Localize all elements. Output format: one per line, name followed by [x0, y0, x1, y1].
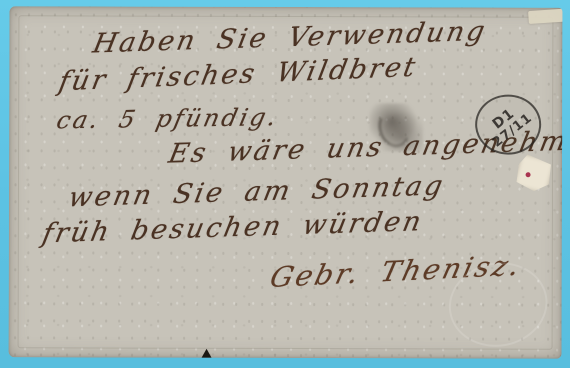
postcard: Haben Sie Verwendung für frisches Wildbr…: [9, 6, 563, 358]
handwriting-line-6: früh besuchen würden: [40, 206, 426, 249]
bottom-edge-mark: [202, 349, 212, 358]
ink-smudge: [369, 103, 423, 151]
handwriting-line-1: Haben Sie Verwendung: [90, 16, 489, 60]
handwriting-line-3: ca. 5 pfündig.: [54, 103, 281, 134]
scan-background: Haben Sie Verwendung für frisches Wildbr…: [0, 0, 570, 368]
red-speck: [525, 172, 531, 178]
tape-remnant: [528, 8, 562, 24]
ink-smudge-stroke: [374, 106, 414, 151]
